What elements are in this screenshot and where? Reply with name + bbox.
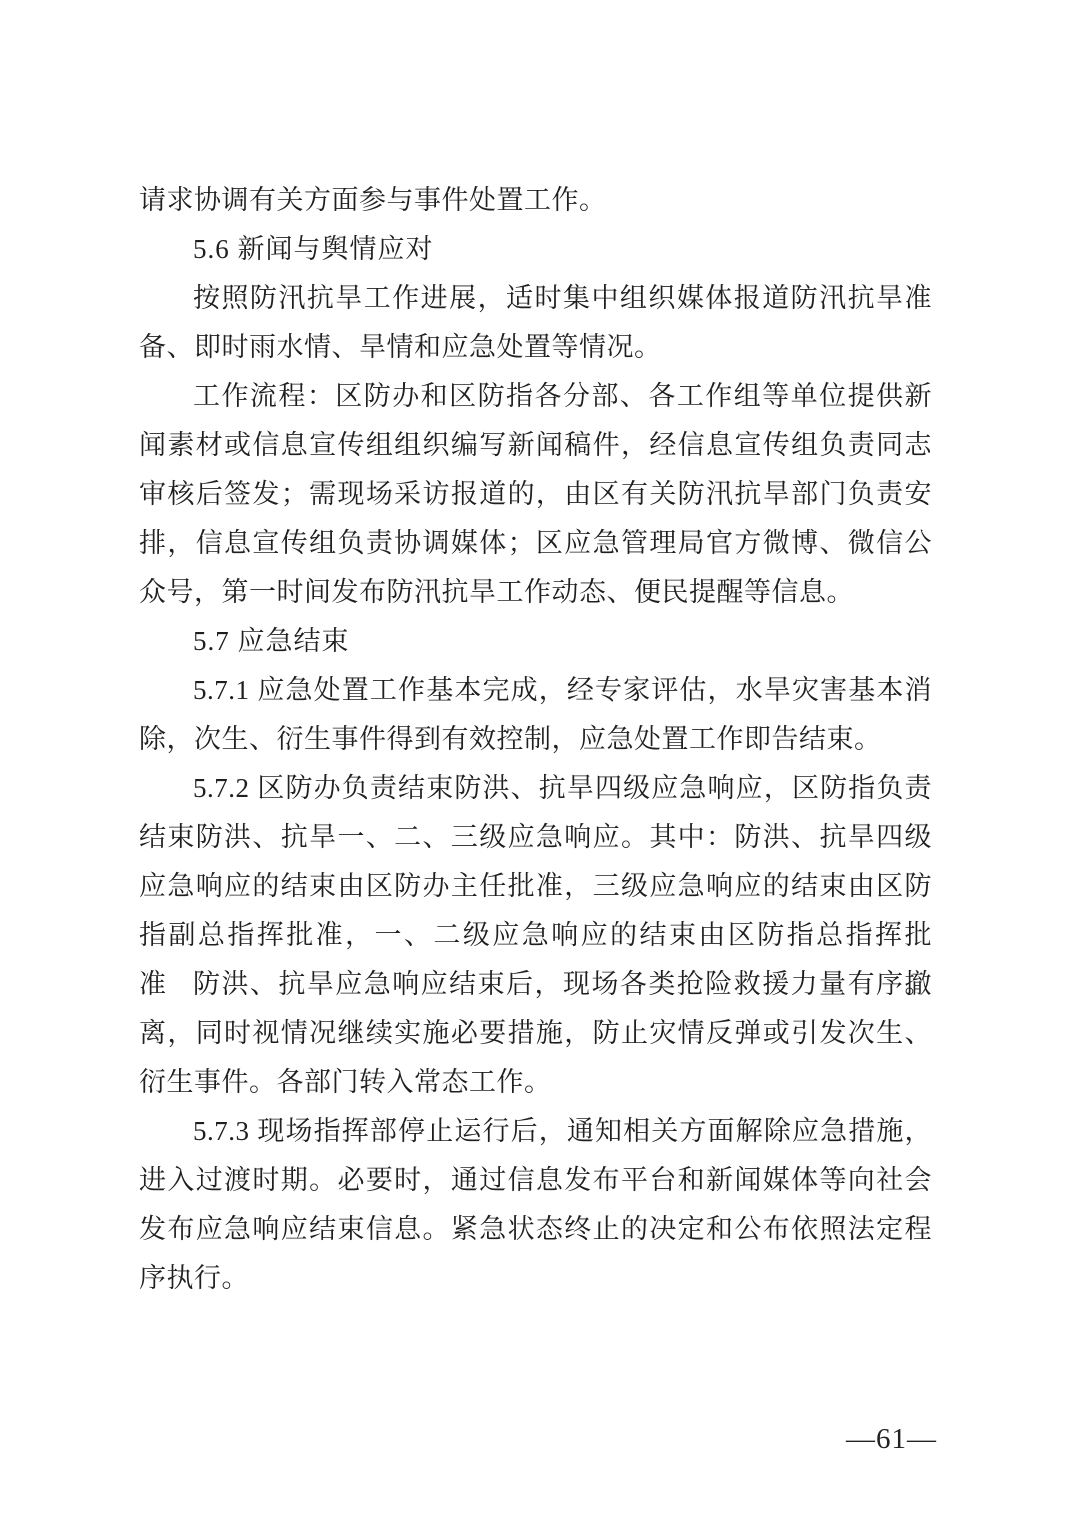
document-body: 请求协调有关方面参与事件处置工作。 5.6 新闻与舆情应对 按照防汛抗旱工作进展… [139,176,932,1303]
paragraph-line: 除，次生、衍生事件得到有效控制，应急处置工作即告结束。 [139,715,932,764]
paragraph-line: 发布应急响应结束信息。紧急状态终止的决定和公布依照法定程 [139,1205,932,1254]
paragraph-line: 5.7.2 区防办负责结束防洪、抗旱四级应急响应，区防指负责 [139,764,932,813]
paragraph-line: 防洪、抗旱应急响应结束后，现场各类抢险救援力量有序撤 [139,960,932,1009]
paragraph-line: 5.7.1 应急处置工作基本完成，经专家评估，水旱灾害基本消 [139,666,932,715]
paragraph-line: 审核后签发；需现场采访报道的，由区有关防汛抗旱部门负责安 [139,470,932,519]
paragraph-line: 按照防汛抗旱工作进展，适时集中组织媒体报道防汛抗旱准 [139,274,932,323]
paragraph-line: 备、即时雨水情、旱情和应急处置等情况。 [139,323,932,372]
paragraph-line: 闻素材或信息宣传组组织编写新闻稿件，经信息宣传组负责同志 [139,421,932,470]
paragraph-line: 结束防洪、抗旱一、二、三级应急响应。其中：防洪、抗旱四级 [139,813,932,862]
paragraph-line: 应急响应的结束由区防办主任批准，三级应急响应的结束由区防 [139,862,932,911]
paragraph-line: 指副总指挥批准，一、二级应急响应的结束由区防指总指挥批准。 [139,911,932,960]
paragraph-line: 工作流程：区防办和区防指各分部、各工作组等单位提供新 [139,372,932,421]
paragraph-line: 衍生事件。各部门转入常态工作。 [139,1058,932,1107]
paragraph-line: 进入过渡时期。必要时，通过信息发布平台和新闻媒体等向社会 [139,1156,932,1205]
paragraph-line: 序执行。 [139,1254,932,1303]
paragraph-line: 5.7.3 现场指挥部停止运行后，通知相关方面解除应急措施， [139,1107,932,1156]
document-page: 请求协调有关方面参与事件处置工作。 5.6 新闻与舆情应对 按照防汛抗旱工作进展… [0,0,1074,1520]
paragraph-line: 众号，第一时间发布防汛抗旱工作动态、便民提醒等信息。 [139,568,932,617]
paragraph-line: 离，同时视情况继续实施必要措施，防止灾情反弹或引发次生、 [139,1009,932,1058]
page-number: —61— [846,1421,937,1457]
paragraph-line: 排，信息宣传组负责协调媒体；区应急管理局官方微博、微信公 [139,519,932,568]
paragraph-continuation-line: 请求协调有关方面参与事件处置工作。 [139,176,932,225]
heading-5-7: 5.7 应急结束 [139,617,932,666]
heading-5-6: 5.6 新闻与舆情应对 [139,225,932,274]
